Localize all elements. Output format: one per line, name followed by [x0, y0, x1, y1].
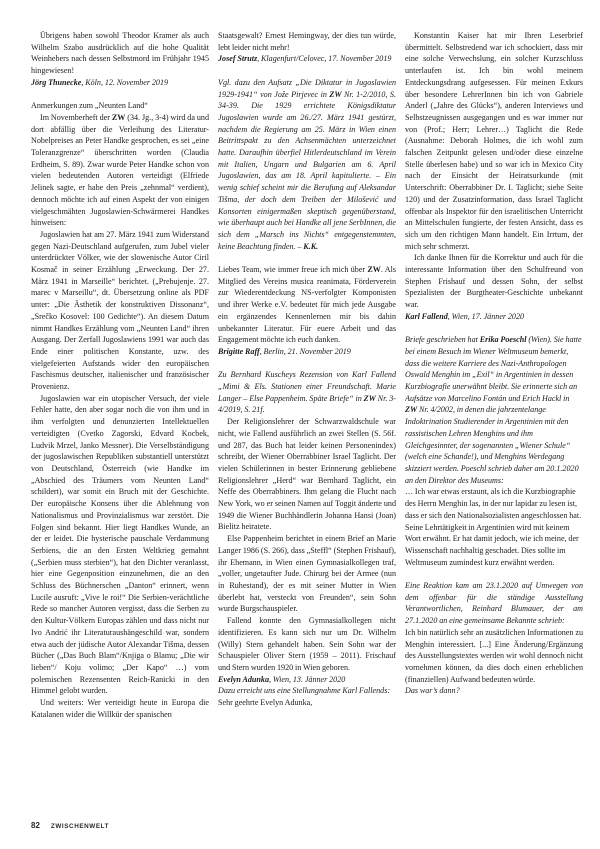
- paragraph: Ich bin natürlich sehr an zusätzlichen I…: [405, 627, 583, 686]
- paragraph: Dazu erreicht uns eine Stellungnahme Kar…: [218, 685, 396, 697]
- text-column-2: Staatsgewalt? Ernest Hemingway, der dies…: [218, 30, 396, 792]
- paragraph: Sehr geehrte Evelyn Adunka,: [218, 697, 396, 709]
- paragraph: Übrigens haben sowohl Theodor Kramer als…: [31, 30, 209, 77]
- paragraph: Jugoslawien hat am 27. März 1941 zum Wid…: [31, 229, 209, 393]
- paragraph: Josef Strutz, Klagenfurt/Celovec, 17. No…: [218, 53, 396, 65]
- paragraph: Evelyn Adunka, Wien, 13. Jänner 2020: [218, 674, 396, 686]
- text-column-1: Übrigens haben sowohl Theodor Kramer als…: [31, 30, 209, 792]
- paragraph: Das war’s dann?: [405, 685, 583, 697]
- page-footer: 82 ZWISCHENWELT: [31, 821, 109, 830]
- magazine-page: Übrigens haben sowohl Theodor Kramer als…: [0, 0, 600, 849]
- paragraph: Anmerkungen zum „Neunten Land“: [31, 100, 209, 112]
- paragraph: Und weiters: Wer verteidigt heute in Eur…: [31, 697, 209, 720]
- paragraph: Ich danke Ihnen für die Korrektur und au…: [405, 252, 583, 311]
- paragraph: Vgl. dazu den Aufsatz „Die Diktatur in J…: [218, 77, 396, 253]
- paragraph: Der Religionslehrer der Schwarzwaldschul…: [218, 416, 396, 533]
- paragraph: … Ich war etwas erstaunt, als ich die Ku…: [405, 486, 583, 568]
- paragraph: Brigitte Raff, Berlin, 21. November 2019: [218, 346, 396, 358]
- paragraph: Briefe geschrieben hat Erika Poeschl (Wi…: [405, 334, 583, 486]
- paragraph: Jugoslawien war ein utopischer Versuch, …: [31, 393, 209, 697]
- paragraph: Fallend konnte den Gymnasialkollegen nic…: [218, 615, 396, 674]
- paragraph: Im Novemberheft der ZW (34. Jg., 3-4) wi…: [31, 112, 209, 229]
- paragraph: Konstantin Kaiser hat mir Ihren Leserbri…: [405, 30, 583, 252]
- paragraph: Liebes Team, wie immer freue ich mich üb…: [218, 264, 396, 346]
- text-column-3: Konstantin Kaiser hat mir Ihren Leserbri…: [405, 30, 583, 792]
- page-number: 82: [31, 821, 40, 830]
- paragraph: Zu Bernhard Kuscheys Rezension von Karl …: [218, 369, 396, 416]
- paragraph: Eine Reaktion kam am 23.1.2020 auf Umweg…: [405, 580, 583, 627]
- text-columns: Übrigens haben sowohl Theodor Kramer als…: [31, 30, 583, 792]
- paragraph: Staatsgewalt? Ernest Hemingway, der dies…: [218, 30, 396, 53]
- paragraph: Karl Fallend, Wien, 17. Jänner 2020: [405, 311, 583, 323]
- journal-name: ZWISCHENWELT: [51, 823, 109, 830]
- paragraph: Jörg Thunecke, Köln, 12. November 2019: [31, 77, 209, 89]
- paragraph: Else Pappenheim berichtet in einem Brief…: [218, 533, 396, 615]
